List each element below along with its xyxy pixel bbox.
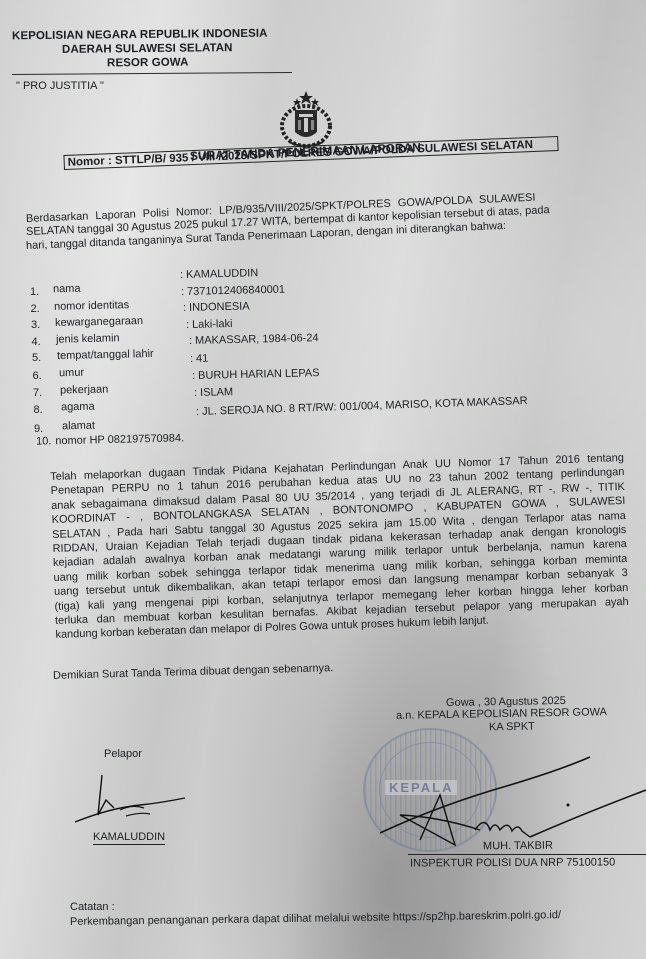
identity-label: nomor identitas	[54, 299, 129, 313]
identity-value: : ISLAM	[194, 386, 233, 399]
identity-num: 3.	[31, 319, 40, 331]
note-text: Perkembangan penanganan perkara dapat di…	[70, 909, 561, 928]
identity-num: 1.	[30, 286, 39, 298]
officer-divider	[408, 854, 646, 855]
identity-value: : Laki-laki	[186, 318, 233, 331]
reporter-label: Pelapor	[104, 748, 142, 760]
identity-value: : MAKASSAR, 1984-06-24	[189, 332, 319, 347]
identity-num: 6.	[33, 370, 42, 382]
identity-label: tempat/tanggal lahir	[57, 348, 154, 362]
identity-label: alamat	[62, 420, 95, 433]
reporter-signature-icon	[70, 770, 190, 830]
identity-value: : 7371012406840001	[181, 284, 285, 298]
identity-num: 8.	[34, 404, 43, 416]
header-institution: KEPOLISIAN NEGARA REPUBLIK INDONESIA	[12, 28, 268, 43]
identity-value: : JL. SEROJA NO. 8 RT/RW: 001/004, MARIS…	[196, 395, 528, 418]
identity-value: : 41	[190, 353, 209, 365]
reporter-name: KAMALUDDIN	[93, 831, 165, 845]
identity-num: 7.	[33, 387, 42, 399]
unit-title: KA SPKT	[489, 721, 535, 734]
identity-label: pekerjaan	[59, 383, 108, 396]
identity-num: 4.	[32, 336, 41, 348]
header-resort: RESOR GOWA	[107, 57, 189, 70]
identity-label: agama	[61, 401, 95, 414]
officer-signature-icon	[380, 745, 646, 855]
identity-num: 5.	[32, 352, 41, 364]
on-behalf-of: a.n. KEPALA KEPOLISIAN RESOR GOWA	[396, 706, 607, 722]
pro-justitia-label: " PRO JUSTITIA "	[16, 80, 104, 92]
identity-label: umur	[58, 367, 83, 380]
identity-label: jenis kelamin	[56, 332, 120, 345]
identity-row-phone: 10.nomor HP 082197570984.	[36, 432, 184, 447]
identity-value: : BURUH HARIAN LEPAS	[192, 367, 320, 382]
officer-rank: INSPEKTUR POLISI DUA NRP 75100150	[410, 856, 615, 869]
identity-num: 10.	[36, 435, 52, 447]
closing-statement: Demikian Surat Tanda Terima dibuat denga…	[53, 662, 334, 682]
identity-value: : INDONESIA	[183, 300, 250, 314]
identity-num: 9.	[34, 423, 43, 435]
report-body: Telah melaporkan dugaan Tindak Pidana Ke…	[50, 451, 629, 643]
identity-value: : KAMALUDDIN	[180, 267, 259, 281]
header-region: DAERAH SULAWESI SELATAN	[62, 42, 233, 56]
identity-value: 082197570984.	[104, 432, 184, 446]
header-divider	[12, 72, 292, 75]
officer-name: MUH. TAKBIR	[483, 840, 553, 853]
note-label: Catatan :	[70, 901, 115, 913]
identity-num: 2.	[31, 303, 40, 315]
identity-label: nama	[53, 283, 81, 296]
identity-label: nomor HP	[55, 434, 105, 447]
identity-label: kewarganegaraan	[55, 315, 143, 329]
